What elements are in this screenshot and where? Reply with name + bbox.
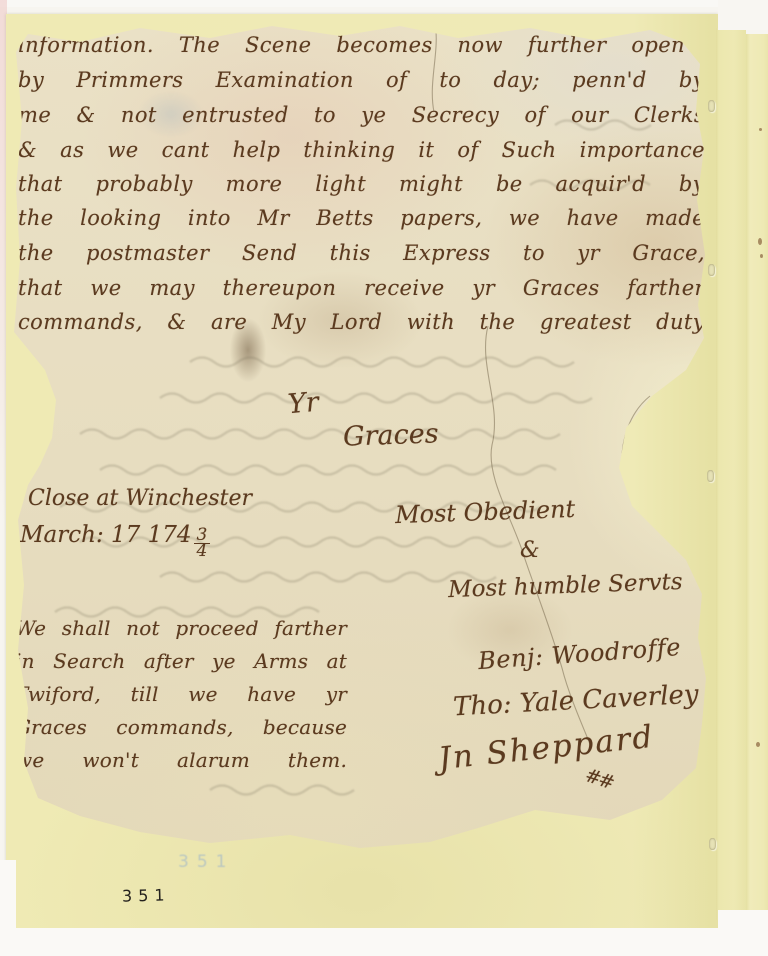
closing-ampersand: &: [520, 538, 540, 563]
binding-fold: [716, 28, 746, 920]
closing-most-obedient: Most Obedient: [395, 495, 576, 529]
binding-stitch: [708, 100, 715, 112]
postscript-line: Twiford, till we have yr: [15, 684, 347, 704]
signature-yale-caverley: Tho: Yale Caverley: [452, 680, 699, 723]
scanner-background-top: [0, 0, 768, 7]
scanner-background-top-right: [718, 0, 768, 30]
dateline-date-text: March: 17 174: [20, 522, 192, 548]
body-line: & as we cant help thinking it of Such im…: [18, 140, 705, 161]
ink-speck: [756, 742, 760, 747]
scanned-letter-page: information. The Scene becomes now furth…: [0, 0, 768, 956]
ink-speck: [758, 238, 762, 245]
body-line: the looking into Mr Betts papers, we hav…: [18, 208, 705, 229]
dateline-date: March: 17 17434: [20, 522, 210, 559]
ink-speck: [760, 254, 763, 258]
folio-number-ink: 351: [122, 885, 171, 905]
closing-most-humble: Most humble Servts: [448, 569, 683, 603]
salutation-yr: Yr: [287, 387, 320, 421]
body-line: by Primmers Examination of to day; penn'…: [18, 70, 705, 91]
salutation-graces: Graces: [342, 418, 439, 452]
postscript-line: we won't alarum them.: [15, 750, 347, 770]
signature-woodroffe: Benj: Woodroffe: [477, 633, 682, 675]
manuscript-sheet: information. The Scene becomes now furth…: [10, 20, 712, 850]
body-line: the postmaster Send this Express to yr G…: [18, 243, 705, 264]
scanner-background-bottom: [0, 928, 768, 956]
dateline-place: Close at Winchester: [28, 486, 252, 511]
signature-flourish: ##: [582, 764, 615, 794]
postscript-line: Graces commands, because: [15, 717, 347, 737]
postscript-line: We shall not proceed farther: [15, 618, 347, 638]
binding-stitch: [707, 470, 714, 482]
binding-stitch: [709, 838, 716, 850]
ink-speck: [759, 128, 762, 131]
postscript-line: in Search after ye Arms at: [15, 651, 347, 671]
binding-stitch: [708, 264, 715, 276]
scanner-background-bottom-left: [0, 860, 16, 956]
body-line: that we may thereupon receive yr Graces …: [18, 278, 705, 299]
body-line: that probably more light might be acquir…: [18, 174, 705, 195]
folio-number-blue-stamp: 351: [178, 852, 234, 872]
adjacent-leaf-edge: [746, 34, 768, 918]
body-line: me & not entrusted to ye Secrecy of our …: [18, 105, 705, 126]
fraction-denominator: 4: [194, 543, 211, 559]
body-line: commands, & are My Lord with the greates…: [18, 312, 705, 333]
signature-sheppard: Jn Sheppard: [437, 719, 656, 777]
dateline-fraction: 34: [194, 528, 211, 560]
